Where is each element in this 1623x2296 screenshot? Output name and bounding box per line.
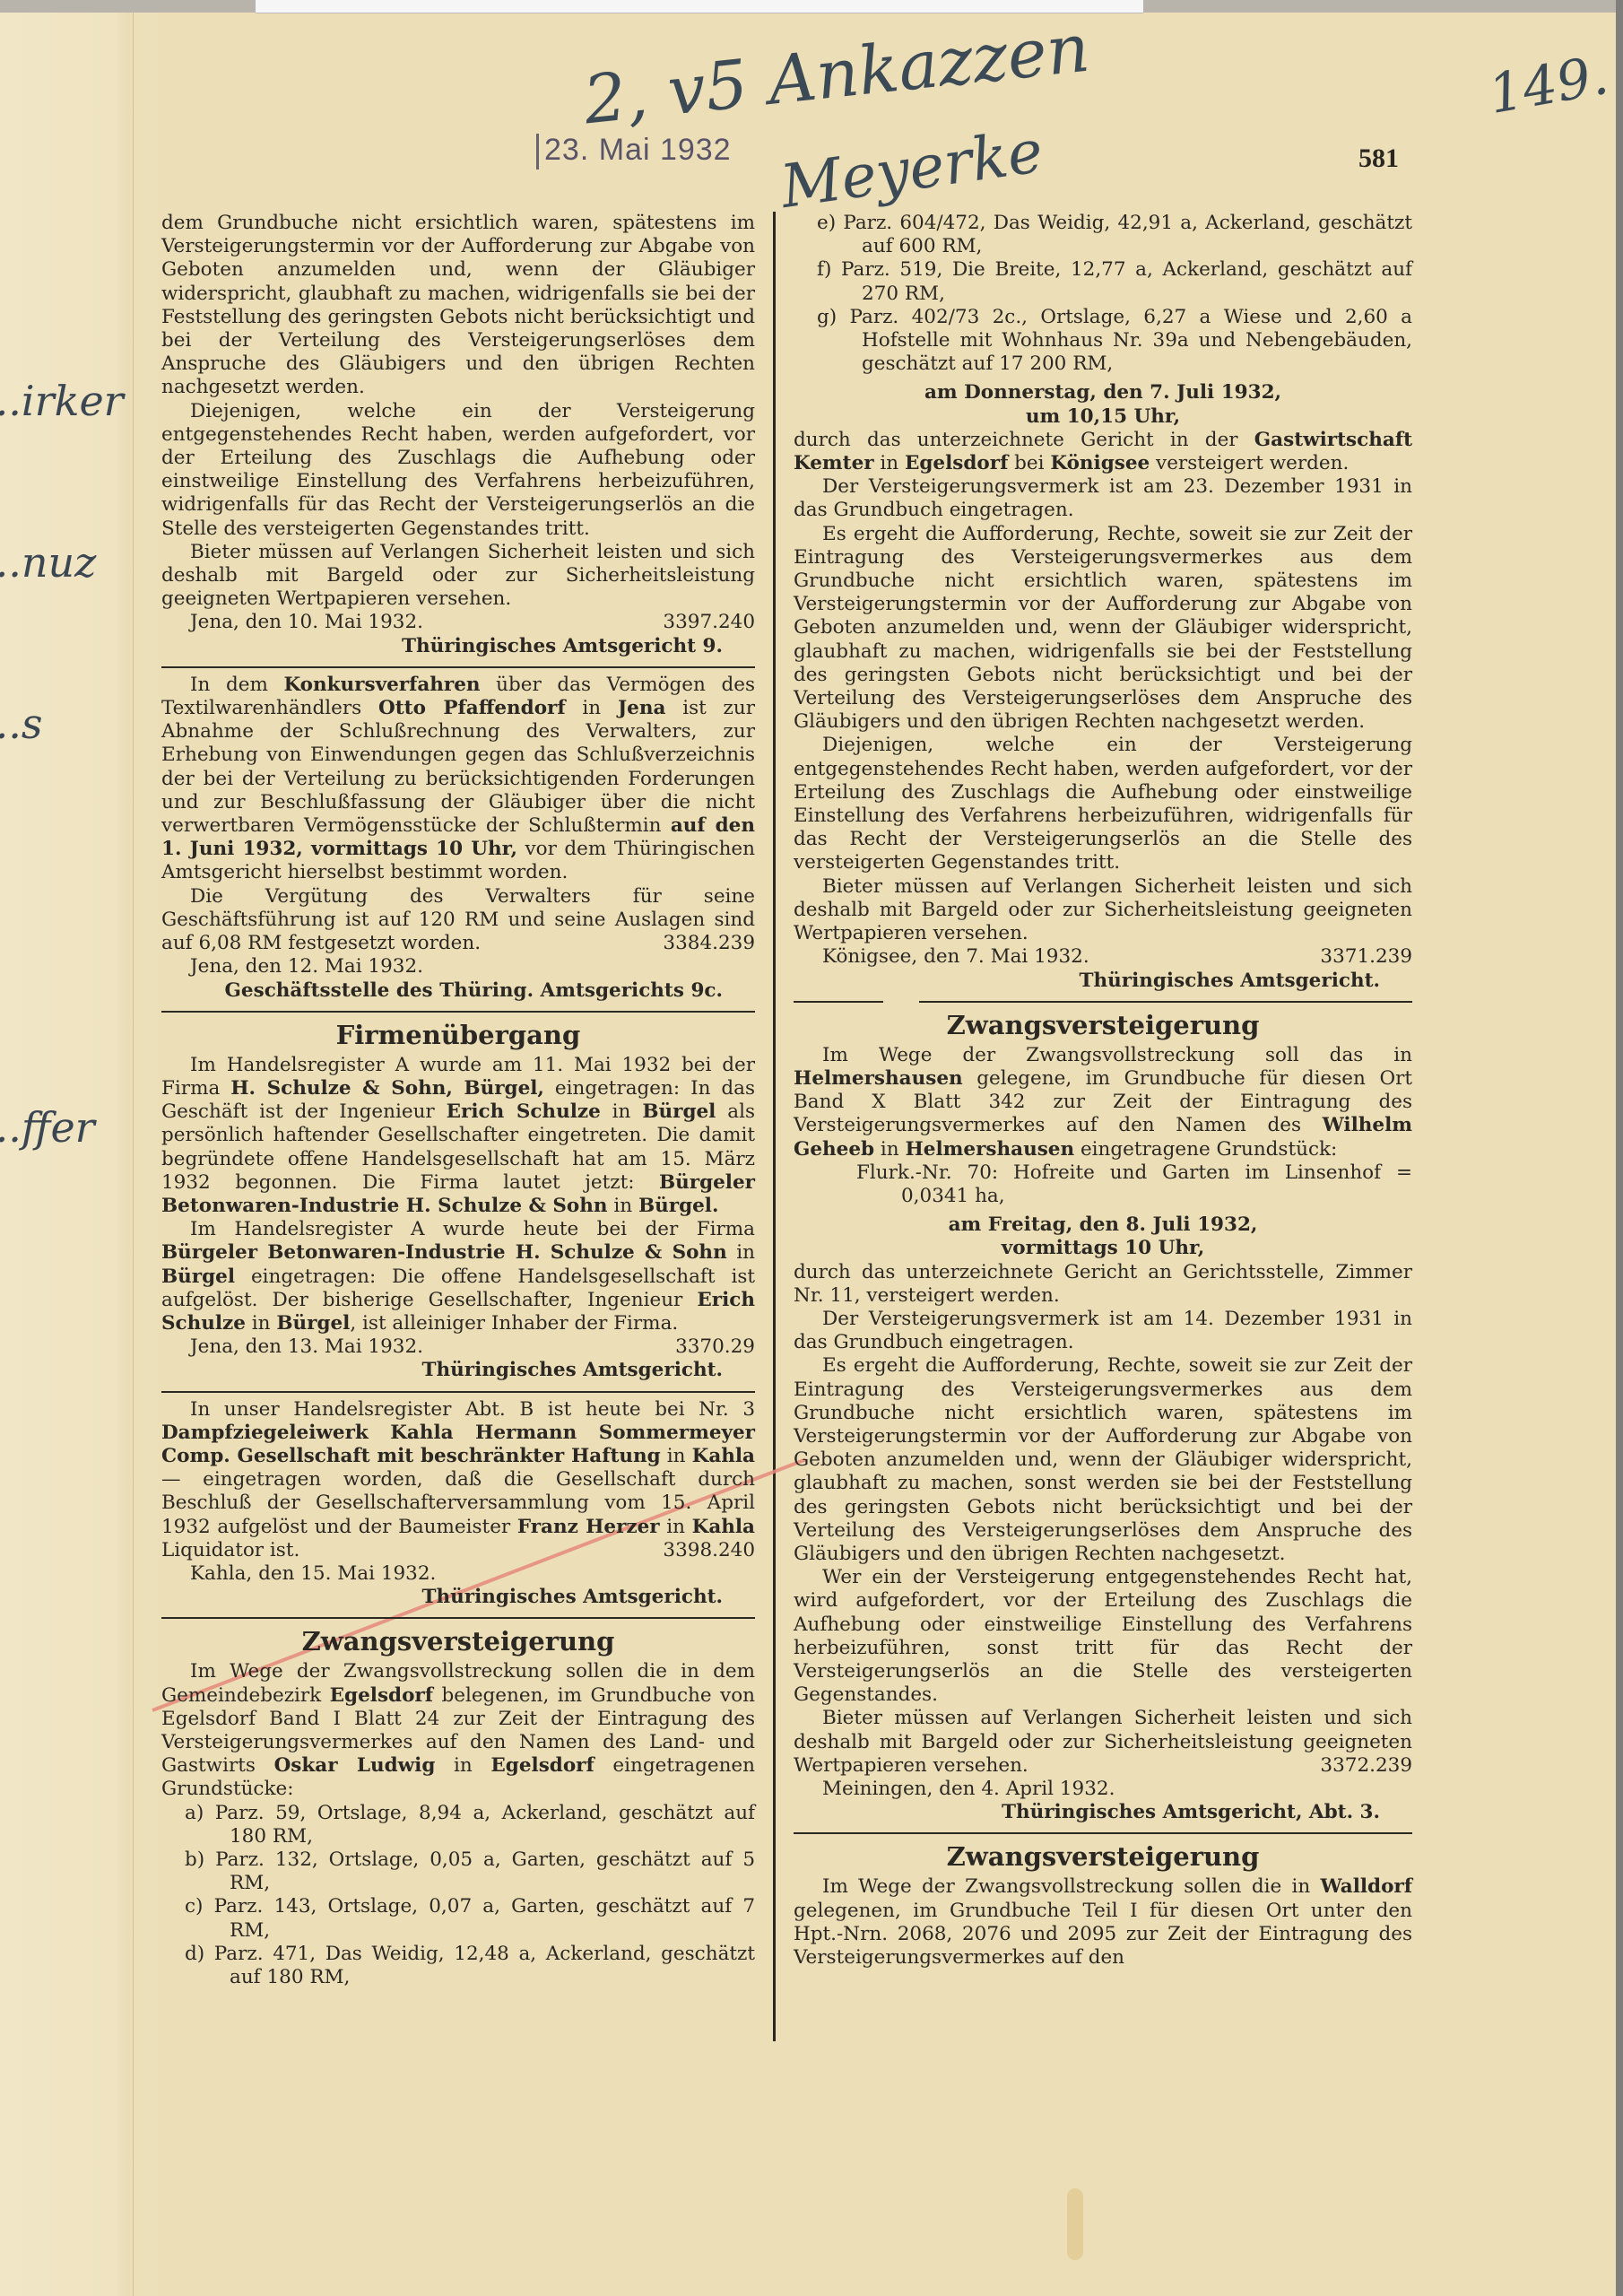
section-heading: Zwangsversteigerung xyxy=(794,1008,1412,1042)
section-rule xyxy=(794,1001,1412,1003)
page-number: 581 xyxy=(1358,143,1399,174)
paragraph: durch das unterzeichnete Gericht in der … xyxy=(794,429,1412,475)
reference-number: 3372.239 xyxy=(1291,1754,1412,1778)
notice-konkurs: In dem Konkursverfahren über das Vermöge… xyxy=(161,674,755,1003)
place-date: Jena, den 13. Mai 1932. xyxy=(190,1335,423,1359)
left-column: dem Grundbuche nicht ersichtlich waren, … xyxy=(161,212,755,1989)
right-edge xyxy=(1616,0,1623,2296)
paragraph: Im Handelsregister A wurde am 11. Mai 19… xyxy=(161,1054,755,1218)
place-date: Meiningen, den 4. April 1932. xyxy=(794,1778,1412,1801)
place-date: Jena, den 12. Mai 1932. xyxy=(161,955,755,978)
margin-handwriting: ...ffer xyxy=(0,1103,95,1152)
court-signature: Thüringisches Amtsgericht. xyxy=(161,1586,755,1609)
place-date: Königsee, den 7. Mai 1932. xyxy=(822,945,1089,969)
paragraph: Im Wege der Zwangsvollstreckung sollen d… xyxy=(794,1875,1412,1970)
paragraph: Es ergeht die Aufforderung, Rechte, sowe… xyxy=(794,523,1412,735)
place-date: Kahla, den 15. Mai 1932. xyxy=(161,1562,755,1586)
parcel-item: e) Parz. 604/472, Das Weidig, 42,91 a, A… xyxy=(794,212,1412,258)
reference-number: 3384.239 xyxy=(634,932,755,955)
section-heading: Firmenübergang xyxy=(161,1018,755,1052)
court-signature: Thüringisches Amtsgericht 9. xyxy=(161,635,755,658)
paragraph: Es ergeht die Aufforderung, Rechte, sowe… xyxy=(794,1354,1412,1566)
parcel-item: c) Parz. 143, Ortslage, 0,07 a, Garten, … xyxy=(161,1895,755,1942)
notice-zwangsversteigerung-helmershausen: Zwangsversteigerung Im Wege der Zwangsvo… xyxy=(794,1008,1412,1825)
paragraph: In unser Handelsregister Abt. B ist heut… xyxy=(161,1398,755,1562)
paragraph: dem Grundbuche nicht ersichtlich waren, … xyxy=(161,212,755,400)
right-column: e) Parz. 604/472, Das Weidig, 42,91 a, A… xyxy=(794,212,1412,1970)
reference-number: 3370.29 xyxy=(675,1335,755,1359)
paper-stain xyxy=(1067,2188,1083,2260)
notice-zwangsversteigerung-walldorf: Zwangsversteigerung Im Wege der Zwangsvo… xyxy=(794,1839,1412,1970)
auction-date: am Donnerstag, den 7. Juli 1932, xyxy=(794,381,1412,404)
paragraph: Bieter müssen auf Verlangen Sicherheit l… xyxy=(161,541,755,612)
stamp-bar xyxy=(536,134,539,170)
section-heading: Zwangsversteigerung xyxy=(161,1624,755,1658)
paragraph: Im Handelsregister A wurde heute bei der… xyxy=(161,1218,755,1335)
parcel-item: a) Parz. 59, Ortslage, 8,94 a, Ackerland… xyxy=(161,1802,755,1848)
parcel-item: f) Parz. 519, Die Breite, 12,77 a, Acker… xyxy=(794,258,1412,305)
notice-firmenuebergang: Firmenübergang Im Handelsregister A wurd… xyxy=(161,1018,755,1383)
section-heading: Zwangsversteigerung xyxy=(794,1839,1412,1874)
paragraph: Diejenigen, welche ein der Versteigerung… xyxy=(794,734,1412,874)
paragraph: Die Vergütung des Verwalters für seine G… xyxy=(161,885,755,956)
section-rule xyxy=(161,1617,755,1619)
auction-time: um 10,15 Uhr, xyxy=(794,405,1412,429)
place-date: Jena, den 10. Mai 1932. xyxy=(190,611,423,634)
notice-egelsdorf-continued: e) Parz. 604/472, Das Weidig, 42,91 a, A… xyxy=(794,212,1412,993)
court-signature: Thüringisches Amtsgericht. xyxy=(161,1359,755,1382)
auction-time: vormittags 10 Uhr, xyxy=(794,1237,1412,1260)
top-paper-edge xyxy=(256,0,1143,13)
court-signature: Thüringisches Amtsgericht, Abt. 3. xyxy=(794,1801,1412,1824)
paragraph: Im Wege der Zwangsvollstreckung sollen d… xyxy=(161,1660,755,1801)
court-signature: Geschäftsstelle des Thüring. Amtsgericht… xyxy=(161,979,755,1003)
section-rule xyxy=(161,1011,755,1013)
place-date-row: Jena, den 10. Mai 1932. 3397.240 xyxy=(161,611,755,634)
section-rule xyxy=(161,1391,755,1393)
paragraph: Bieter müssen auf Verlangen Sicherheit l… xyxy=(794,875,1412,946)
parcel-item: g) Parz. 402/73 2c., Ortslage, 6,27 a Wi… xyxy=(794,306,1412,377)
margin-handwriting: ...nuz xyxy=(0,538,96,587)
paragraph: Im Wege der Zwangsvollstreckung soll das… xyxy=(794,1044,1412,1161)
paragraph: Wer ein der Versteigerung entgegenstehen… xyxy=(794,1566,1412,1707)
place-date-row: Jena, den 13. Mai 1932. 3370.29 xyxy=(161,1335,755,1359)
margin-handwriting: ...s xyxy=(0,700,42,748)
column-divider xyxy=(773,212,776,2041)
reference-number: 3397.240 xyxy=(663,611,755,634)
notice-handelsregister-b: In unser Handelsregister Abt. B ist heut… xyxy=(161,1398,755,1610)
parcel-item: d) Parz. 471, Das Weidig, 12,48 a, Acker… xyxy=(161,1943,755,1989)
parcel-item: Flurk.-Nr. 70: Hofreite und Garten im Li… xyxy=(794,1161,1412,1208)
background-sheet: ...irker ...nuz ...s ...ffer xyxy=(0,0,145,2296)
paragraph: Bieter müssen auf Verlangen Sicherheit l… xyxy=(794,1707,1412,1778)
notice-zwangsversteigerung-egelsdorf: Zwangsversteigerung Im Wege der Zwangsvo… xyxy=(161,1624,755,1989)
court-signature: Thüringisches Amtsgericht. xyxy=(794,970,1412,993)
section-rule xyxy=(161,666,755,668)
paragraph: Der Versteigerungsvermerk ist am 23. Dez… xyxy=(794,475,1412,522)
reference-number: 3398.240 xyxy=(634,1539,755,1562)
margin-handwriting: ...irker xyxy=(0,377,124,425)
parcel-item: b) Parz. 132, Ortslage, 0,05 a, Garten, … xyxy=(161,1848,755,1895)
date-stamp: 23. Mai 1932 xyxy=(536,133,732,170)
date-stamp-text: 23. Mai 1932 xyxy=(544,133,732,167)
paragraph: durch das unterzeichnete Gericht an Geri… xyxy=(794,1261,1412,1308)
auction-date: am Freitag, den 8. Juli 1932, xyxy=(794,1213,1412,1237)
paragraph: Diejenigen, welche ein der Versteigerung… xyxy=(161,400,755,541)
place-date-row: Königsee, den 7. Mai 1932. 3371.239 xyxy=(794,945,1412,969)
paragraph: In dem Konkursverfahren über das Vermöge… xyxy=(161,674,755,885)
section-rule xyxy=(794,1832,1412,1834)
reference-number: 3371.239 xyxy=(1320,945,1412,969)
paragraph: Der Versteigerungsvermerk ist am 14. Dez… xyxy=(794,1308,1412,1354)
notice-jena-continuation: dem Grundbuche nicht ersichtlich waren, … xyxy=(161,212,755,658)
folded-strip xyxy=(133,0,159,2296)
